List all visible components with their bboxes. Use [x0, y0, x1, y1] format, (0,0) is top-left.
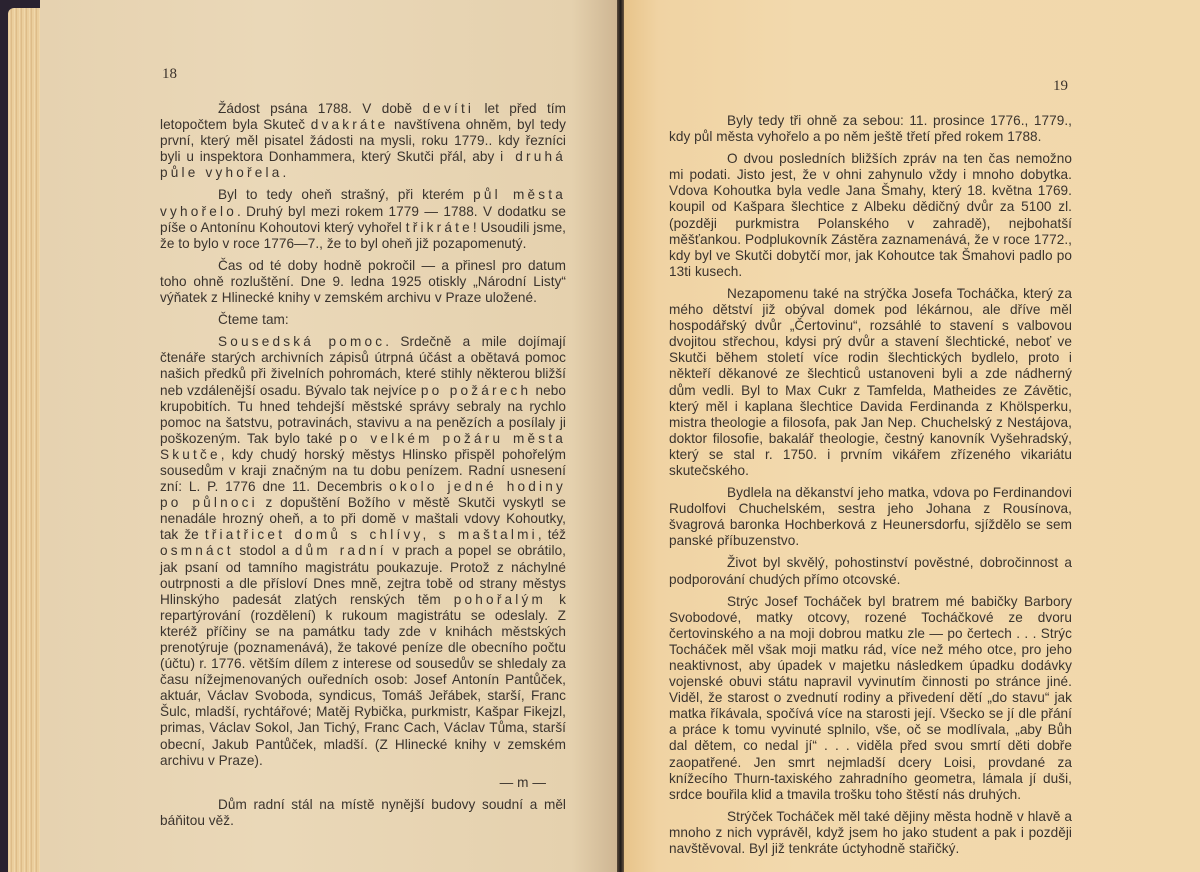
page-edges — [8, 8, 44, 872]
emphasized-text: třiatřicet domů s chlívy, s maštalmi — [205, 527, 538, 542]
emphasized-text: po požárech — [421, 383, 531, 398]
paragraph: Bydlela na děkanství jeho matka, vdova p… — [669, 485, 1072, 549]
left-page-number: 18 — [162, 66, 177, 83]
emphasized-text: po velkém požáru města Skutče — [160, 431, 566, 462]
emphasized-text: devíti — [422, 101, 474, 116]
emphasized-text: osmnáct — [160, 543, 234, 558]
open-book: 18 19 Žádost psána 1788. V době devíti l… — [0, 0, 1200, 872]
paragraph: Nezapomenu také na strýčka Josefa Tocháč… — [669, 286, 1072, 479]
emphasized-text: pohořalým — [454, 592, 546, 607]
emphasized-text: dvakráte — [311, 117, 389, 132]
left-page-text: Žádost psána 1788. V době devíti let pře… — [160, 101, 566, 835]
right-page-text: Byly tedy tři ohně za sebou: 11. prosinc… — [669, 113, 1072, 863]
paragraph: Strýc Josef Tocháček byl bratrem mé babi… — [669, 594, 1072, 803]
emphasized-text: Sousedská pomoc — [218, 334, 385, 349]
right-page-number: 19 — [1053, 78, 1068, 95]
book-spine — [617, 0, 624, 872]
closing-paragraph: Dům radní stál na místě nynější budovy s… — [160, 797, 566, 829]
paragraph: Byly tedy tři ohně za sebou: 11. prosinc… — [669, 113, 1072, 145]
paragraph: Život byl skvělý, pohostinství pověstné,… — [669, 555, 1072, 587]
emphasized-text: půl města vyhořelo — [160, 187, 566, 218]
paragraph: Čas od té doby hodně pokročil — a přines… — [160, 258, 566, 306]
emphasized-text: třikráte — [406, 220, 473, 235]
left-paragraphs: Žádost psána 1788. V době devíti let pře… — [160, 101, 566, 769]
paragraph: Čteme tam: — [160, 312, 566, 328]
paragraph: Strýček Tocháček měl také dějiny města h… — [669, 809, 1072, 857]
emphasized-text: i druhá půle vyhořela — [160, 149, 566, 180]
emphasized-text: okolo jedné hodiny po půlnoci — [160, 479, 566, 510]
paragraph: Sousedská pomoc. Srdečně a mile dojímají… — [160, 334, 566, 769]
emphasized-text: dům radní — [295, 543, 387, 558]
paragraph: Byl to tedy oheň strašný, při kterém půl… — [160, 187, 566, 251]
signature: — m — — [160, 775, 566, 791]
paragraph: O dvou posledních bližších zpráv na ten … — [669, 151, 1072, 280]
paragraph: Žádost psána 1788. V době devíti let pře… — [160, 101, 566, 181]
